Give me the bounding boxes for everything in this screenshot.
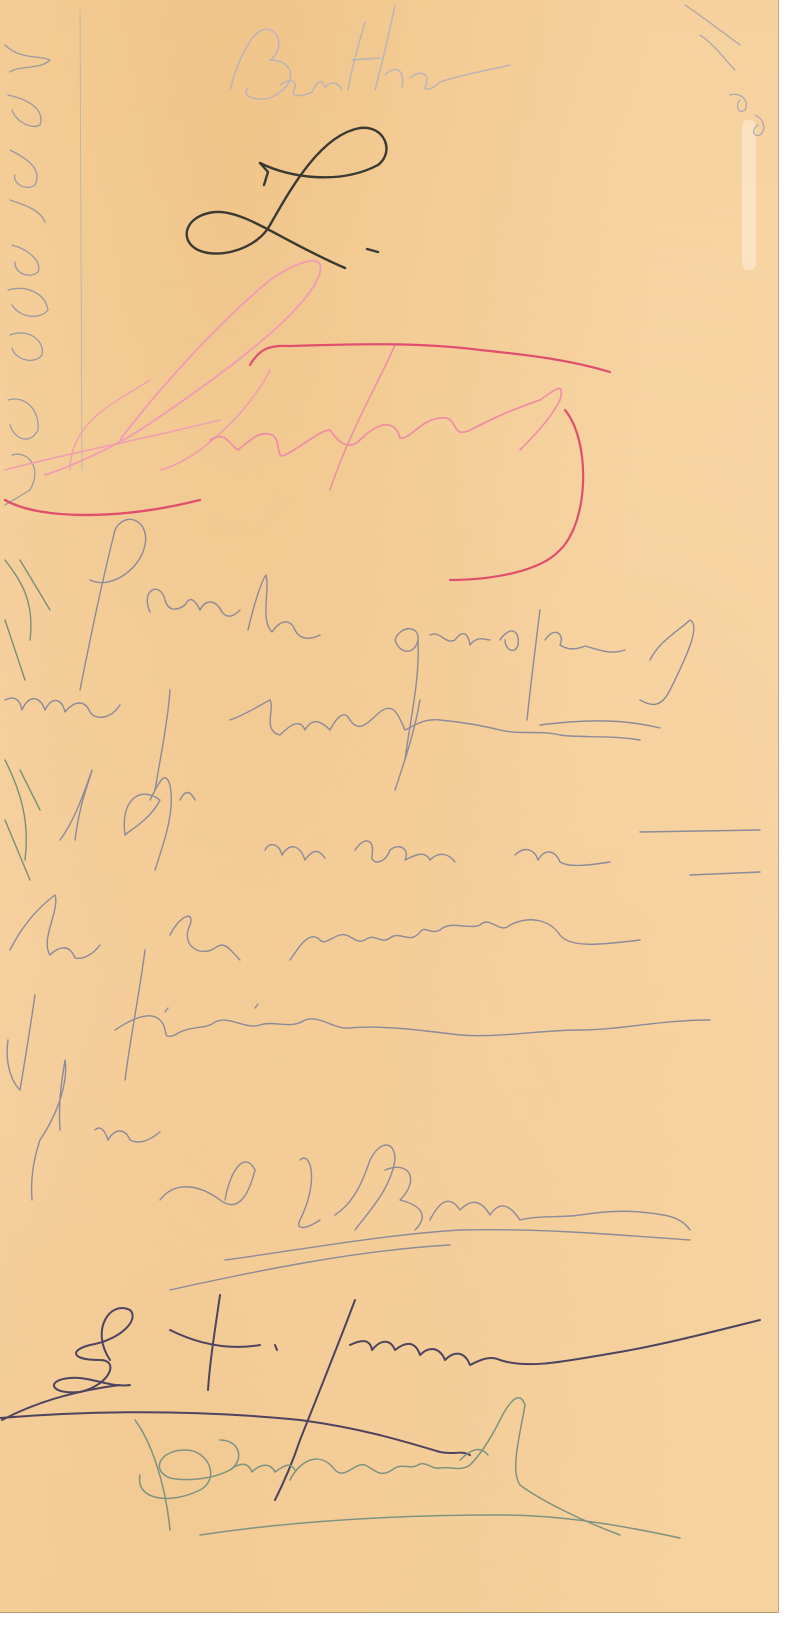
album-page: Bertha L. Gustavo Villarreal ...a 3 M. M… <box>0 0 779 1613</box>
initial-l-strokes <box>187 128 387 268</box>
left-initials-strokes <box>5 560 50 880</box>
handwriting-strokes <box>0 0 800 1638</box>
bertha-strokes <box>230 5 510 99</box>
left-vertical-signature <box>5 45 50 505</box>
gustavo-signature <box>5 261 610 580</box>
rubalcaba-signature <box>0 1295 760 1500</box>
right-vertical-writing <box>685 5 764 136</box>
dedication-strokes <box>5 519 760 1290</box>
gonzalez-signature <box>135 1398 680 1538</box>
margin-rule-line <box>80 10 82 470</box>
